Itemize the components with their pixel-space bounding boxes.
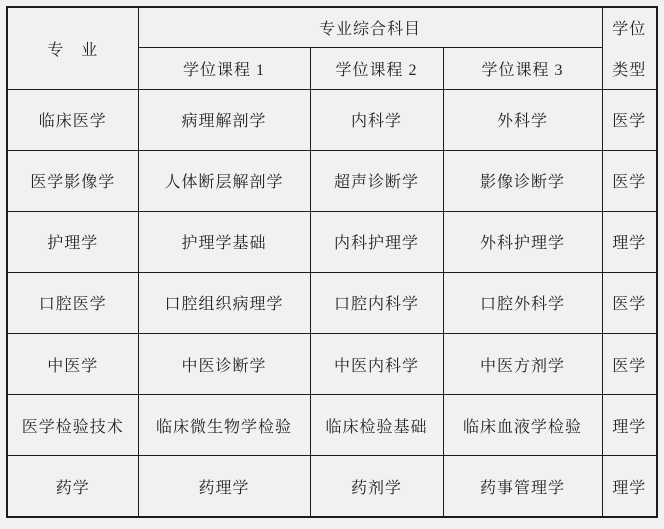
majors-courses-table: 专 业 专业综合科目 学位 类型 学位课程 1 学位课程 2 学位课程 3 临床…	[6, 6, 658, 518]
header-degree-course-2: 学位课程 2	[310, 47, 443, 89]
cell-degree: 医学	[602, 150, 657, 211]
cell-course1: 病理解剖学	[138, 89, 310, 150]
table-row: 护理学 护理学基础 内科护理学 外科护理学 理学	[7, 211, 657, 272]
cell-degree: 医学	[602, 89, 657, 150]
cell-course2: 内科学	[310, 89, 443, 150]
cell-course2: 超声诊断学	[310, 150, 443, 211]
header-degree-type: 学位 类型	[602, 7, 657, 89]
cell-degree: 理学	[602, 211, 657, 272]
cell-course1: 中医诊断学	[138, 334, 310, 395]
cell-degree: 理学	[602, 395, 657, 456]
cell-course1: 人体断层解剖学	[138, 150, 310, 211]
header-degree-type-stack: 学位 类型	[607, 10, 653, 87]
cell-course2: 药剂学	[310, 456, 443, 517]
cell-course2: 内科护理学	[310, 211, 443, 272]
cell-course1: 护理学基础	[138, 211, 310, 272]
table-row: 中医学 中医诊断学 中医内科学 中医方剂学 医学	[7, 334, 657, 395]
cell-course3: 临床血液学检验	[443, 395, 602, 456]
cell-course3: 中医方剂学	[443, 334, 602, 395]
cell-course3: 外科学	[443, 89, 602, 150]
cell-course1: 药理学	[138, 456, 310, 517]
header-major: 专 业	[7, 7, 138, 89]
cell-course2: 临床检验基础	[310, 395, 443, 456]
cell-major: 临床医学	[7, 89, 138, 150]
cell-course3: 药事管理学	[443, 456, 602, 517]
cell-course1: 口腔组织病理学	[138, 272, 310, 333]
cell-major: 护理学	[7, 211, 138, 272]
header-comprehensive-subjects: 专业综合科目	[138, 7, 602, 47]
table-body: 临床医学 病理解剖学 内科学 外科学 医学 医学影像学 人体断层解剖学 超声诊断…	[7, 89, 657, 517]
header-degree-course-1: 学位课程 1	[138, 47, 310, 89]
table-row: 医学影像学 人体断层解剖学 超声诊断学 影像诊断学 医学	[7, 150, 657, 211]
cell-course3: 口腔外科学	[443, 272, 602, 333]
cell-degree: 医学	[602, 334, 657, 395]
cell-major: 中医学	[7, 334, 138, 395]
cell-course1: 临床微生物学检验	[138, 395, 310, 456]
table-row: 药学 药理学 药剂学 药事管理学 理学	[7, 456, 657, 517]
document-page: 专 业 专业综合科目 学位 类型 学位课程 1 学位课程 2 学位课程 3 临床…	[0, 0, 664, 529]
header-row-top: 专 业 专业综合科目 学位 类型	[7, 7, 657, 47]
cell-degree: 理学	[602, 456, 657, 517]
header-degree-course-3: 学位课程 3	[443, 47, 602, 89]
table-row: 临床医学 病理解剖学 内科学 外科学 医学	[7, 89, 657, 150]
table-row: 口腔医学 口腔组织病理学 口腔内科学 口腔外科学 医学	[7, 272, 657, 333]
cell-major: 药学	[7, 456, 138, 517]
header-degree-type-line2: 类型	[607, 57, 653, 80]
table-row: 医学检验技术 临床微生物学检验 临床检验基础 临床血液学检验 理学	[7, 395, 657, 456]
cell-course3: 影像诊断学	[443, 150, 602, 211]
header-degree-type-line1: 学位	[607, 16, 653, 39]
cell-degree: 医学	[602, 272, 657, 333]
cell-course3: 外科护理学	[443, 211, 602, 272]
cell-major: 医学影像学	[7, 150, 138, 211]
cell-major: 口腔医学	[7, 272, 138, 333]
cell-course2: 口腔内科学	[310, 272, 443, 333]
cell-course2: 中医内科学	[310, 334, 443, 395]
cell-major: 医学检验技术	[7, 395, 138, 456]
